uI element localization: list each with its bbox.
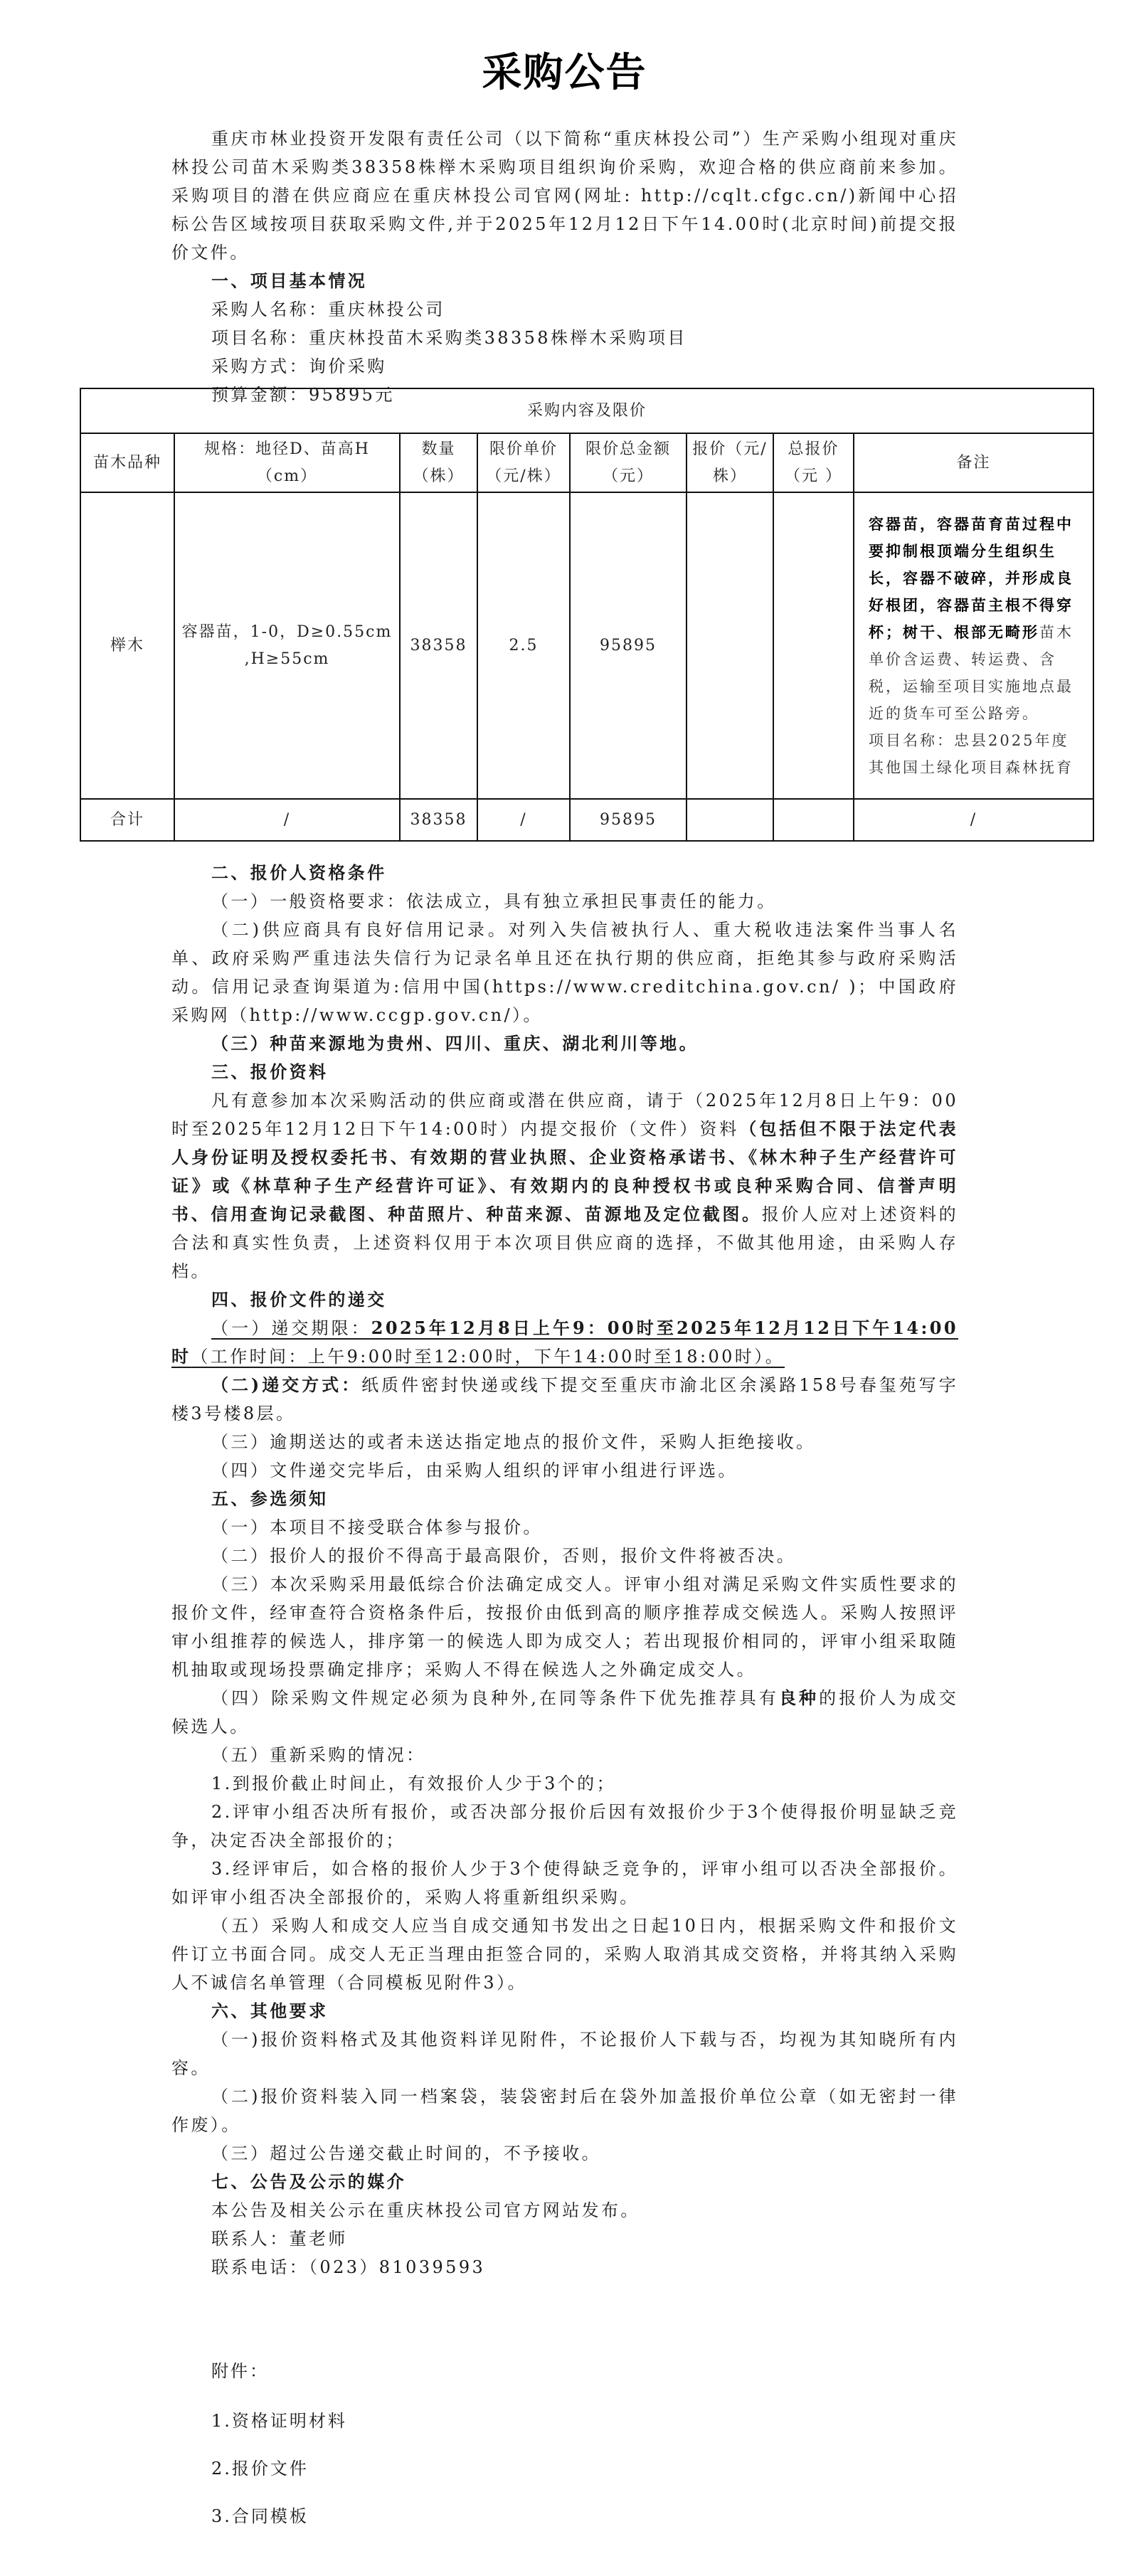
cell-total-quote: [773, 492, 854, 799]
header-total-quote: 总报价（元 ）: [773, 433, 854, 492]
section6-item1: （一)报价资料格式及其他资料详见附件，不论报价人下载与否，均视为其知晓所有内容。: [171, 2025, 958, 2082]
section4-item1: （一）递交期限：2025年12月8日上午9：00时至2025年12月12日下午1…: [171, 1314, 958, 1371]
working-hours: （工作时间：上午9:00时至12:00时，下午14:00时至18:00时）。: [191, 1347, 785, 1367]
table-row: 榉木 容器苗，1-0，D≥0.55cm ,H≥55cm 38358 2.5 95…: [80, 492, 1093, 799]
purchaser-name: 采购人名称：重庆林投公司: [171, 295, 958, 324]
section5-item4-prefix: （四）除采购文件规定必须为良种外,在同等条件下优先推荐具有: [211, 1688, 779, 1708]
contact-phone: 联系电话：（023）81039593: [171, 2253, 958, 2281]
section5-item1: （一）本项目不接受联合体参与报价。: [171, 1513, 958, 1542]
contact-person: 联系人：董老师: [171, 2225, 958, 2253]
deadline-label: （一）递交期限：: [211, 1318, 371, 1338]
remark-requirements: 容器苗，容器苗育苗过程中要抑制根顶端分生组织生长，容器不破碎，并形成良好根团，容…: [869, 515, 1074, 641]
section5-item3: （三）本次采购采用最低综合价法确定成交人。评审小组对满足采购文件实质性要求的报价…: [171, 1570, 958, 1684]
total-unit-limit: /: [477, 799, 570, 841]
section5-item5-2: 2.评审小组否决所有报价，或否决部分报价后因有效报价少于3个使得报价明显缺乏竞争…: [171, 1798, 958, 1855]
total-quantity: 38358: [400, 799, 477, 841]
header-total-limit: 限价总金额（元）: [570, 433, 687, 492]
header-variety: 苗木品种: [80, 433, 174, 492]
section5-item5-heading: （五）重新采购的情况：: [171, 1741, 958, 1769]
section3-paragraph: 凡有意参加本次采购活动的供应商或潜在供应商，请于（2025年12月8日上午9：0…: [171, 1086, 958, 1286]
header-quantity: 数量（株）: [400, 433, 477, 492]
table-header-row: 苗木品种 规格：地径D、苗高H（cm） 数量（株） 限价单价（元/株） 限价总金…: [80, 433, 1093, 492]
section1-heading: 一、项目基本情况: [171, 267, 958, 295]
section6-item3: （三）超过公告递交截止时间的，不予接收。: [171, 2139, 958, 2168]
section2-item3: （三）种苗来源地为贵州、四川、重庆、湖北利川等地。: [171, 1029, 958, 1058]
table-total-row: 合计 / 38358 / 95895 /: [80, 799, 1093, 841]
publish-channel: 本公告及相关公示在重庆林投公司官方网站发布。: [171, 2196, 958, 2225]
section5-item6: （五）采购人和成交人应当自成交通知书发出之日起10日内，根据采购文件和报价文件订…: [171, 1912, 958, 1997]
section7-heading: 七、公告及公示的媒介: [171, 2168, 958, 2196]
section2-item1: （一）一般资格要求：依法成立，具有独立承担民事责任的能力。: [171, 887, 958, 916]
cell-remark: 容器苗，容器苗育苗过程中要抑制根顶端分生组织生长，容器不破碎，并形成良好根团，容…: [854, 492, 1093, 799]
total-spec: /: [174, 799, 400, 841]
section4-heading: 四、报价文件的递交: [171, 1286, 958, 1314]
cell-spec: 容器苗，1-0，D≥0.55cm ,H≥55cm: [174, 492, 400, 799]
section5-item5-3: 3.经评审后，如合格的报价人少于3个使得缺乏竞争的，评审小组可以否决全部报价。如…: [171, 1855, 958, 1912]
total-remark: /: [854, 799, 1093, 841]
intro-paragraph: 重庆市林业投资开发限有责任公司（以下简称“重庆林投公司”）生产采购小组现对重庆林…: [171, 124, 958, 267]
cell-variety: 榉木: [80, 492, 174, 799]
header-quote: 报价（元/株）: [687, 433, 773, 492]
section6-heading: 六、其他要求: [171, 1997, 958, 2025]
table-caption: 采购内容及限价: [80, 388, 1093, 433]
section5-item2: （二）报价人的报价不得高于最高限价，否则，报价文件将被否决。: [171, 1542, 958, 1570]
remark-project: 项目名称：忠县2025年度其他国土绿化项目森林抚育: [869, 732, 1074, 776]
section5-item5-1: 1.到报价截止时间止，有效报价人少于3个的；: [171, 1769, 958, 1798]
fine-variety-emphasis: 良种: [779, 1687, 819, 1708]
attachment-item[interactable]: 3.合同模板: [211, 2502, 309, 2530]
section6-item2: （二)报价资料装入同一档案袋，装袋密封后在袋外加盖报价单位公章（如无密封一律作废…: [171, 2082, 958, 2139]
section3-heading: 三、报价资料: [171, 1058, 958, 1086]
total-quote: [687, 799, 773, 841]
total-total-limit: 95895: [570, 799, 687, 841]
section5-heading: 五、参选须知: [171, 1485, 958, 1513]
section4-item4: （四）文件递交完毕后，由采购人组织的评审小组进行评选。: [171, 1456, 958, 1485]
header-spec: 规格：地径D、苗高H（cm）: [174, 433, 400, 492]
procurement-method: 采购方式：询价采购: [171, 352, 958, 381]
cell-unit-limit: 2.5: [477, 492, 570, 799]
attachments-label: 附件：: [211, 2357, 269, 2385]
section2-heading: 二、报价人资格条件: [171, 859, 958, 887]
section4-item2: （二)递交方式：纸质件密封快递或线下提交至重庆市渝北区余溪路158号春玺苑写字楼…: [171, 1371, 958, 1428]
delivery-method-label: （二)递交方式：: [211, 1374, 361, 1395]
body-sections: 二、报价人资格条件 （一）一般资格要求：依法成立，具有独立承担民事责任的能力。 …: [171, 859, 958, 2281]
intro-block: 重庆市林业投资开发限有责任公司（以下简称“重庆林投公司”）生产采购小组现对重庆林…: [171, 124, 958, 409]
cell-quantity: 38358: [400, 492, 477, 799]
page-title: 采购公告: [0, 50, 1129, 95]
header-remark: 备注: [854, 433, 1093, 492]
total-total-quote: [773, 799, 854, 841]
section5-item4: （四）除采购文件规定必须为良种外,在同等条件下优先推荐具有良种的报价人为成交候选…: [171, 1684, 958, 1741]
procurement-table: 采购内容及限价 苗木品种 规格：地径D、苗高H（cm） 数量（株） 限价单价（元…: [80, 388, 1094, 842]
section4-item3: （三）逾期送达的或者未送达指定地点的报价文件，采购人拒绝接收。: [171, 1428, 958, 1456]
attachment-item[interactable]: 1.资格证明材料: [211, 2407, 347, 2435]
header-unit-limit: 限价单价（元/株）: [477, 433, 570, 492]
cell-total-limit: 95895: [570, 492, 687, 799]
cell-quote: [687, 492, 773, 799]
project-name: 项目名称：重庆林投苗木采购类38358株榉木采购项目: [171, 324, 958, 352]
section2-item2: （二)供应商具有良好信用记录。对列入失信被执行人、重大税收违法案件当事人名单、政…: [171, 916, 958, 1029]
total-label: 合计: [80, 799, 174, 841]
attachment-item[interactable]: 2.报价文件: [211, 2454, 309, 2483]
